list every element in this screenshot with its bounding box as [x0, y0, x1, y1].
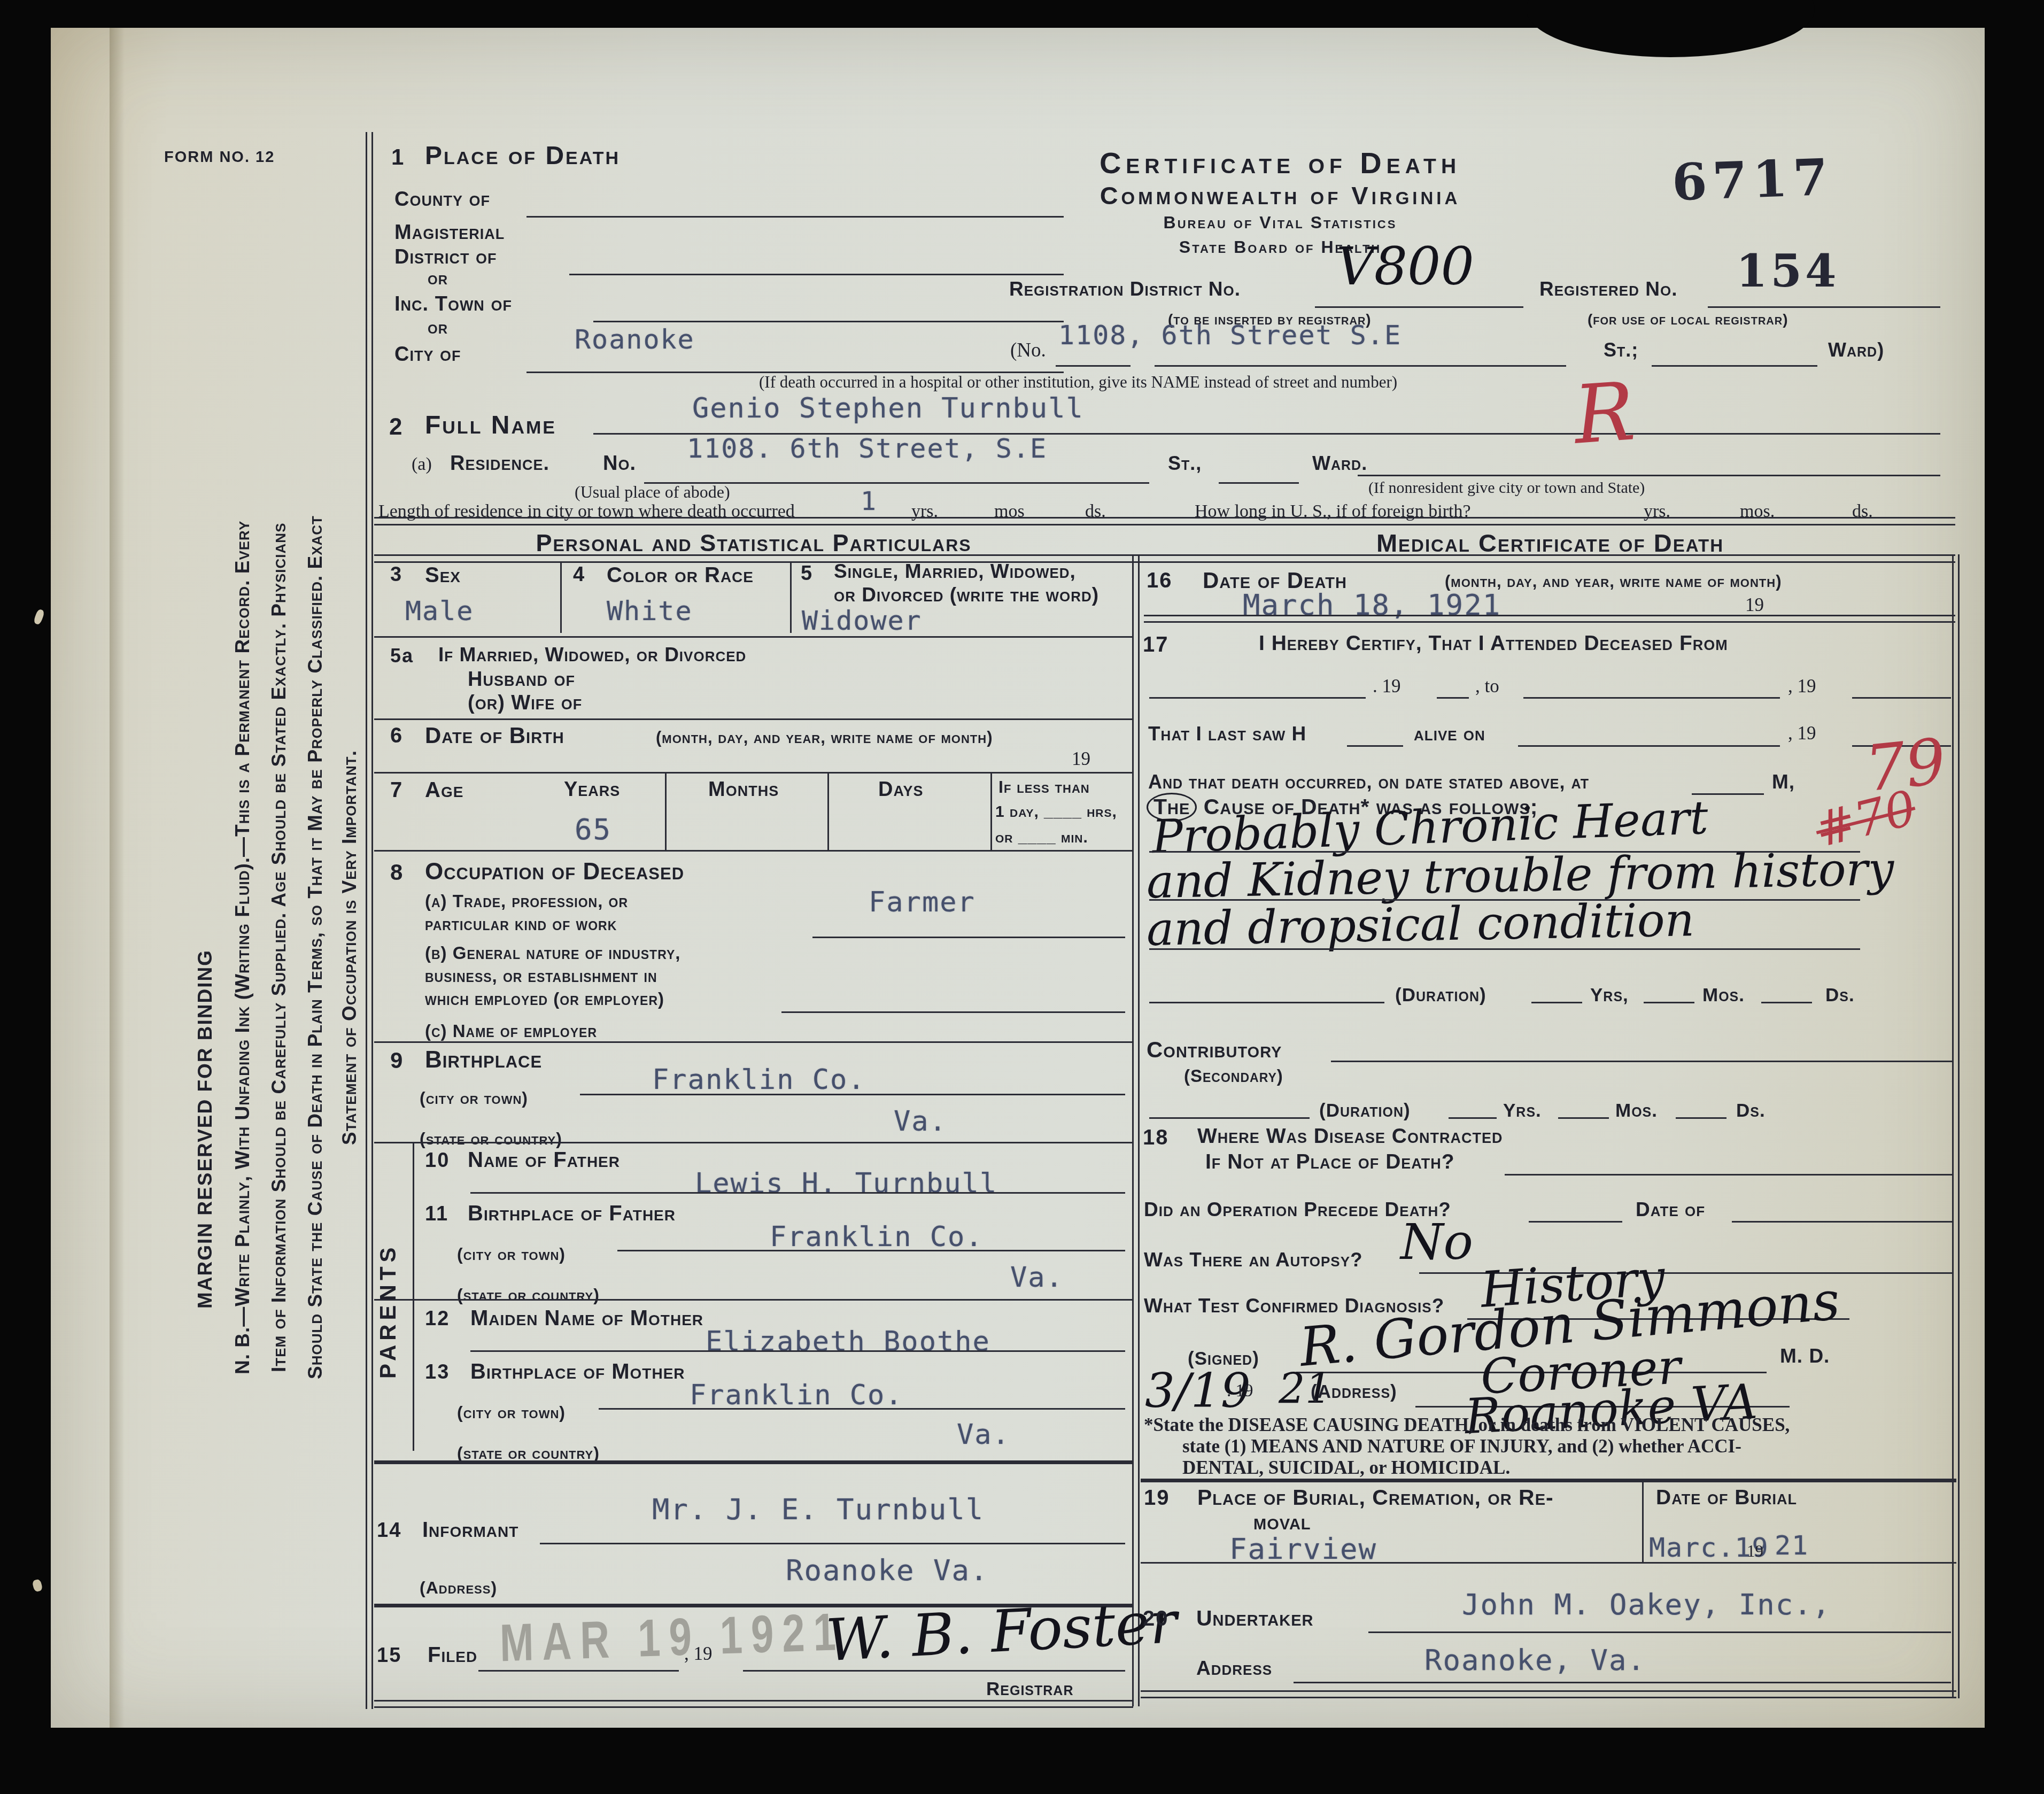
- full-name-value: Genio Stephen Turnbull: [692, 392, 1084, 424]
- duration2-line: [1149, 1117, 1310, 1119]
- burial-cell-divider: [1642, 1479, 1644, 1562]
- mos-label: Mos.: [1702, 985, 1745, 1006]
- city-of-label: City of: [394, 343, 461, 366]
- if-married-label: If Married, Widowed, or Divorced: [438, 644, 746, 666]
- mother-name-label: Maiden Name of Mother: [470, 1306, 703, 1331]
- paper-crease: [110, 28, 125, 1728]
- blank-line: [1529, 1221, 1622, 1223]
- father-birthplace-state: Va.: [1010, 1262, 1064, 1294]
- heavy-rule: [374, 1460, 1133, 1464]
- trade-label-line2: particular kind of work: [425, 914, 617, 934]
- printed-19: . 19: [1373, 676, 1401, 697]
- burial-year-value: 21: [1775, 1530, 1809, 1561]
- birthplace-city-line: [580, 1094, 1125, 1095]
- date-of-label: Date of: [1636, 1198, 1705, 1221]
- row-rule: [374, 636, 1133, 638]
- undertaker-address-value: Roanoke, Va.: [1424, 1643, 1646, 1677]
- county-line: [527, 216, 1064, 218]
- paper-edge-speck: [33, 608, 45, 625]
- filed-line: [478, 1670, 679, 1672]
- yrs2-label: yrs.: [1644, 501, 1670, 522]
- color-race-value: White: [607, 596, 693, 627]
- occupation-label: Occupation of Deceased: [425, 859, 684, 885]
- undertaker-label: Undertaker: [1196, 1606, 1314, 1631]
- magisterial-label: Magisterial: [394, 221, 505, 244]
- date-of-birth-label: Date of Birth: [425, 723, 564, 748]
- disease-contracted-label: Where Was Disease Contracted: [1197, 1125, 1503, 1148]
- parents-bracket-rule: [413, 1142, 414, 1451]
- state-or-country-label: (state or country): [457, 1285, 600, 1305]
- one-day-hrs-label: 1 day, ____ hrs,: [995, 803, 1117, 821]
- printed-19: 19: [1747, 1542, 1763, 1561]
- age-value: 65: [575, 813, 611, 846]
- blank-line: [1505, 1174, 1954, 1176]
- st-line: [1652, 365, 1817, 367]
- printed-19: , 19: [684, 1643, 713, 1665]
- section7-number: 7: [390, 778, 403, 802]
- red-r-annotation: R: [1571, 365, 1638, 462]
- age-months-label: Months: [708, 778, 779, 801]
- yrs-label: Yrs,: [1590, 985, 1629, 1006]
- date-of-burial-label: Date of Burial: [1656, 1486, 1797, 1510]
- section19-number: 19: [1144, 1486, 1170, 1510]
- registrar-label: Registrar: [986, 1679, 1073, 1700]
- scanned-death-certificate: { "colors":{"paper":"#d9dbd3","print_ink…: [0, 0, 2044, 1794]
- place-of-burial-value: Fairview: [1229, 1532, 1377, 1566]
- header-underline: [374, 554, 1955, 556]
- section5-number: 5: [801, 562, 813, 585]
- row-rule: [374, 1299, 1133, 1301]
- yrs-label: yrs.: [911, 501, 938, 522]
- mother-name-line: [470, 1350, 1125, 1352]
- alive-on-label: alive on: [1414, 723, 1485, 745]
- father-birthplace-label: Birthplace of Father: [468, 1202, 676, 1226]
- duration-line: [1149, 1002, 1384, 1003]
- death-occurred-label: And that death occurred, on date stated …: [1148, 771, 1589, 793]
- paper-edge-speck: [32, 1579, 43, 1592]
- cell-divider: [790, 561, 792, 633]
- md-label: M. D.: [1780, 1345, 1830, 1367]
- section-divider: [374, 517, 1955, 519]
- heavy-rule: [1141, 1479, 1956, 1482]
- secondary-label: (Secondary): [1184, 1066, 1283, 1086]
- mos2-label: mos.: [1740, 501, 1775, 522]
- father-name-value: Lewis H. Turnbull: [695, 1167, 997, 1200]
- autopsy-label: Was There an Autopsy?: [1144, 1249, 1363, 1271]
- row-rule: [374, 850, 1133, 852]
- state-or-country-label: (state or country): [420, 1129, 562, 1149]
- row-rule: [1144, 621, 1955, 623]
- residence-st-label: St.,: [1168, 452, 1202, 475]
- section17-number: 17: [1143, 633, 1169, 657]
- last-saw-label: That I last saw H: [1148, 723, 1306, 745]
- marital-label-line2: or Divorced (write the word): [834, 584, 1099, 606]
- section4-number: 4: [573, 563, 585, 586]
- left-column-header: Personal and Statistical Particulars: [374, 529, 1133, 557]
- section6-number: 6: [390, 724, 403, 748]
- ds2-label: ds.: [1852, 501, 1873, 522]
- date-of-birth-paren: (month, day, and year, write name of mon…: [656, 728, 993, 747]
- bottom-rule: [1141, 1697, 1956, 1698]
- city-or-town-label: (city or town): [457, 1403, 566, 1422]
- section9-number: 9: [390, 1048, 404, 1073]
- birthplace-label: Birthplace: [425, 1047, 542, 1073]
- residence-value: 1108. 6th Street, S.E: [687, 433, 1047, 464]
- cause-line: [1149, 948, 1860, 950]
- informant-value: Mr. J. E. Turnbull: [652, 1493, 984, 1526]
- marital-value: Widower: [802, 605, 922, 636]
- row-rule: [374, 1041, 1133, 1043]
- cause-handwriting-line3: and dropsical condition: [1146, 893, 1695, 956]
- header-underline: [374, 561, 1955, 563]
- printed-19: . 19: [1227, 1381, 1253, 1401]
- father-name-line: [470, 1192, 1125, 1194]
- registrar-signature: W. B. Foster: [824, 1589, 1179, 1674]
- filed-label: Filed: [428, 1643, 477, 1667]
- registration-district-line: [1315, 306, 1523, 308]
- ds2-label: Ds.: [1736, 1100, 1766, 1122]
- printed-19: , 19: [1788, 676, 1816, 697]
- birthplace-city-value: Franklin Co.: [652, 1064, 866, 1096]
- hospital-note: (If death occurred in a hospital or othe…: [759, 373, 1397, 392]
- mother-birthplace-city: Franklin Co.: [690, 1379, 903, 1411]
- mother-birthplace-label: Birthplace of Mother: [470, 1360, 685, 1384]
- industry-label-line3: which employed (or employer): [425, 989, 664, 1009]
- birthplace-state-value: Va.: [894, 1105, 947, 1138]
- occupation-value: Farmer: [869, 886, 975, 918]
- age-days-label: Days: [878, 778, 923, 801]
- undertaker-value: John M. Oakey, Inc.,: [1462, 1588, 1831, 1621]
- industry-line: [781, 1011, 1125, 1013]
- blank-line: [1449, 1117, 1497, 1119]
- or-label: or: [428, 268, 448, 289]
- informant-address-value: Roanoke Va.: [786, 1553, 989, 1587]
- district-line: [569, 274, 1064, 275]
- printed-19: 19: [1072, 748, 1090, 770]
- street-address-value: 1108, 6th Street S.E: [1058, 320, 1402, 351]
- registration-district-label: Registration District No.: [1009, 278, 1241, 300]
- length-residence-label: Length of residence in city or town wher…: [378, 501, 795, 522]
- age-years-label: Years: [564, 778, 620, 801]
- section2-number: 2: [389, 414, 403, 440]
- length-residence-value: 1: [861, 486, 877, 516]
- section-divider: [374, 524, 1955, 525]
- cell-divider: [827, 772, 829, 850]
- if-less-than-label: If less than: [998, 777, 1090, 797]
- footnote-line2: state (1) MEANS AND NATURE OF INJURY, an…: [1182, 1436, 1741, 1457]
- city-or-town-label: (city or town): [420, 1088, 528, 1108]
- section1-number: 1: [391, 144, 405, 170]
- cell-divider: [560, 561, 562, 633]
- address-label: (Address): [1311, 1381, 1397, 1403]
- ds-label: ds.: [1085, 501, 1106, 522]
- section5a-number: 5a: [390, 645, 414, 667]
- informant-label: Informant: [422, 1518, 518, 1542]
- husband-of-label: Husband of: [468, 668, 575, 691]
- section3-number: 3: [390, 563, 402, 586]
- wife-of-label: (or) Wife of: [468, 692, 582, 715]
- blank-line: [1761, 1002, 1812, 1003]
- filed-date-stamp: MAR 19 1921: [499, 1602, 845, 1674]
- registered-number-value: 154: [1736, 244, 1839, 297]
- street-line: [1155, 365, 1566, 367]
- cell-divider: [990, 772, 992, 850]
- bottom-rule: [1141, 1690, 1956, 1692]
- ds-label: Ds.: [1825, 985, 1855, 1006]
- blank-line: [1644, 1002, 1694, 1003]
- blank-line: [1732, 1221, 1954, 1223]
- residence-st-line: [1219, 482, 1299, 484]
- county-of-label: County of: [394, 188, 490, 211]
- mos-label: mos: [994, 501, 1025, 522]
- street-no-line: [1056, 365, 1131, 367]
- inc-town-label: Inc. Town of: [394, 293, 512, 316]
- registrar-sig-line: [743, 1670, 1125, 1672]
- undertaker-address-line: [1294, 1682, 1951, 1683]
- nonresident-note: (If nonresident give city or town and St…: [1368, 479, 1645, 497]
- employer-label: (c) Name of employer: [425, 1021, 597, 1041]
- residence-no-label: No.: [603, 452, 636, 475]
- registration-district-value: V800: [1336, 236, 1474, 297]
- age-label: Age: [425, 778, 463, 802]
- row-rule: [1144, 615, 1955, 616]
- footnote-line1: *State the DISEASE CAUSING DEATH, or in …: [1144, 1414, 1790, 1436]
- address-label: (Address): [420, 1578, 497, 1598]
- not-at-place-label: If Not at Place of Death?: [1205, 1150, 1455, 1174]
- or-min-label: or ____ min.: [995, 829, 1088, 847]
- parents-vertical-label: PARENTS: [375, 1182, 409, 1439]
- mother-name-value: Elizabeth Boothe: [706, 1326, 990, 1358]
- commonwealth-subtitle: Commonwealth of Virginia: [1016, 181, 1545, 210]
- section8-number: 8: [390, 860, 404, 885]
- row-rule: [374, 772, 1133, 774]
- certificate-paper: FORM NO. 12 MARGIN RESERVED FOR BINDING …: [51, 28, 1985, 1728]
- yrs2-label: Yrs.: [1503, 1100, 1542, 1122]
- margin-binding-note: MARGIN RESERVED FOR BINDING: [194, 830, 227, 1428]
- local-registrar-note: (for use of local registrar): [1588, 311, 1788, 328]
- section16-number: 16: [1147, 569, 1173, 593]
- father-birthplace-city-line: [617, 1250, 1125, 1251]
- autopsy-answer: No: [1400, 1213, 1473, 1271]
- trade-label-line1: (a) Trade, profession, or: [425, 891, 628, 911]
- center-divider: [1138, 554, 1140, 1706]
- section15-number: 15: [377, 1644, 401, 1667]
- mos2-label: Mos.: [1615, 1100, 1658, 1122]
- duration2-label: (Duration): [1319, 1100, 1411, 1122]
- abode-note: (Usual place of abode): [575, 482, 730, 502]
- inc-town-line: [593, 321, 1064, 322]
- blank-line: [1518, 745, 1780, 747]
- margin-nb-note-line4: Statement of Occupation is Very Importan…: [338, 188, 373, 1706]
- sex-value: Male: [405, 596, 474, 627]
- registered-no-label: Registered No.: [1539, 278, 1677, 300]
- to-label: , to: [1475, 676, 1499, 697]
- row-rule: [374, 1142, 1133, 1143]
- blank-line: [1531, 1002, 1582, 1003]
- nonresident-line: [1358, 475, 1940, 476]
- full-name-label: Full Name: [425, 411, 556, 440]
- bottom-rule: [374, 1700, 1133, 1702]
- printed-19: , 19: [1788, 723, 1816, 744]
- form-number-label: FORM NO. 12: [164, 149, 275, 166]
- right-column-header: Medical Certificate of Death: [1144, 528, 1956, 558]
- duration-label: (Duration): [1395, 985, 1486, 1006]
- section11-number: 11: [425, 1203, 448, 1226]
- attended-from-line: [1149, 697, 1366, 699]
- sex-label: Sex: [425, 563, 461, 587]
- hereby-certify-label: I Hereby Certify, That I Attended Deceas…: [1259, 632, 1728, 655]
- ward-label: Ward): [1828, 339, 1884, 361]
- blank-line: [1437, 697, 1469, 699]
- section1-title: Place of Death: [425, 141, 620, 171]
- city-or-town-label: (city or town): [457, 1244, 566, 1264]
- row-rule: [374, 718, 1133, 720]
- printed-19: 19: [1745, 594, 1764, 616]
- blank-line: [1347, 745, 1403, 747]
- row-rule: [1141, 1562, 1956, 1564]
- margin-nb-note-line1: N. B.—Write Plainly, With Unfading Ink (…: [231, 188, 266, 1706]
- center-divider: [1132, 554, 1134, 1706]
- industry-label-line1: (b) General nature of industry,: [425, 943, 680, 963]
- st-label: St.;: [1604, 339, 1638, 361]
- section13-number: 13: [425, 1361, 450, 1384]
- date-of-death-value: March 18, 1921: [1243, 588, 1501, 622]
- industry-label-line2: business, or establishment in: [425, 966, 657, 986]
- marital-label-line1: Single, Married, Widowed,: [834, 560, 1076, 583]
- section20-number: 20: [1143, 1607, 1169, 1631]
- margin-nb-note-line2: Item of Information Should be Carefully …: [268, 188, 302, 1706]
- contributory-line: [1331, 1061, 1954, 1062]
- section12-number: 12: [425, 1308, 450, 1331]
- scan-shadow-blob: [1526, 0, 1815, 57]
- section14-number: 14: [377, 1519, 401, 1542]
- m-label: M,: [1772, 771, 1795, 793]
- mother-birthplace-state: Va.: [957, 1419, 1010, 1451]
- margin-nb-note-line3: Should State the Cause of Death in Plain…: [304, 188, 338, 1706]
- street-no-label: (No.: [1010, 339, 1046, 362]
- right-edge-rule: [1958, 554, 1960, 1698]
- blank-line: [1676, 1117, 1726, 1119]
- occupation-line: [812, 937, 1125, 938]
- blank-line: [1558, 1117, 1609, 1119]
- residence-a-label: (a): [412, 454, 432, 475]
- residence-ward-label: Ward.: [1312, 452, 1367, 475]
- registered-no-line: [1708, 306, 1940, 308]
- right-edge-rule: [1952, 554, 1954, 1698]
- contributory-label: Contributory: [1147, 1037, 1282, 1063]
- blank-line: [1523, 697, 1780, 699]
- section18-number: 18: [1143, 1126, 1169, 1150]
- bottom-rule: [374, 1706, 1133, 1708]
- undertaker-address-label: Address: [1196, 1657, 1272, 1680]
- undertaker-line: [1368, 1631, 1951, 1633]
- informant-line: [540, 1543, 1125, 1544]
- blank-line: [1852, 697, 1951, 699]
- bureau-subtitle: Bureau of Vital Statistics: [1016, 213, 1545, 233]
- city-of-death-value: Roanoke: [575, 324, 695, 355]
- footnote-line3: DENTAL, SUICIDAL, or HOMICIDAL.: [1182, 1457, 1510, 1479]
- place-of-burial-label-line2: moval: [1253, 1510, 1311, 1535]
- or-label: or: [428, 318, 448, 338]
- residence-label: Residence.: [450, 452, 549, 475]
- mother-birthplace-city-line: [599, 1408, 1125, 1410]
- place-of-burial-label-line1: Place of Burial, Cremation, or Re-: [1197, 1485, 1554, 1510]
- district-of-label: District of: [394, 246, 497, 269]
- howlong-us-label: How long in U. S., if of foreign birth?: [1195, 501, 1471, 522]
- section10-number: 10: [425, 1149, 450, 1172]
- certificate-title: Certificate of Death: [1016, 145, 1545, 180]
- color-race-label: Color or Race: [607, 563, 754, 587]
- certificate-serial-number: 6717: [1671, 148, 1834, 212]
- father-birthplace-city: Franklin Co.: [770, 1221, 984, 1253]
- father-name-label: Name of Father: [468, 1148, 620, 1172]
- cell-divider: [665, 772, 667, 850]
